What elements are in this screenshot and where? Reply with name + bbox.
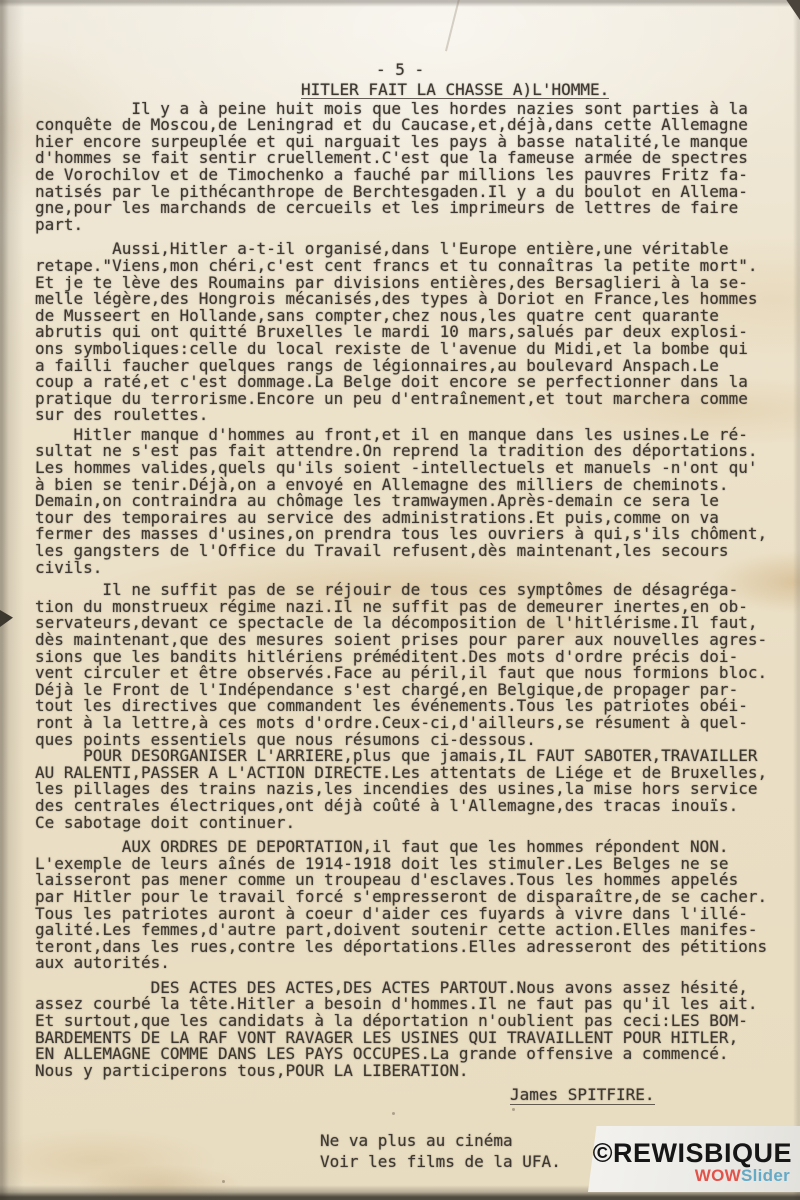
signature: James SPITFIRE. (510, 1085, 655, 1105)
typed-line: par Hitler pour le travail forcé s'empre… (35, 889, 775, 906)
typed-line: Ce sabotage doit continuer. (35, 815, 775, 832)
paragraph: Aussi,Hitler a-t-il organisé,dans l'Euro… (35, 241, 775, 424)
corner-tear (784, 0, 800, 20)
paragraph: DES ACTES DES ACTES,DES ACTES PARTOUT.No… (35, 980, 775, 1080)
watermark-brand: ©REWISBIQUE (593, 1138, 792, 1169)
typed-line: civils. (35, 560, 775, 577)
title-row: HITLER FAIT LA CHASSE A)L'HOMME. (35, 79, 775, 101)
page-number: - 5 - (376, 62, 775, 79)
paper-speck (222, 1180, 225, 1183)
typed-line: sur des roulettes. (35, 407, 775, 424)
typed-line: part. (35, 217, 775, 234)
scanned-document-page: - 5 - HITLER FAIT LA CHASSE A)L'HOMME. I… (0, 0, 800, 1200)
watermark-slider-rest: Slider (741, 1166, 790, 1185)
signature-line: James SPITFIRE. (35, 1087, 775, 1104)
typed-line: Nous y participerons tous,POUR LA LIBERA… (35, 1063, 775, 1080)
typed-line: les gangsters de l'Office du Travail ref… (35, 543, 775, 560)
typed-line: aux autorités. (35, 955, 775, 972)
watermark-wow: WOW (695, 1166, 741, 1185)
paragraph: Il ne suffit pas de se réjouir de tous c… (35, 582, 775, 748)
document-body: Il y a à peine huit mois que les hordes … (35, 101, 775, 1080)
watermark-slider: WOWSlider (695, 1166, 790, 1186)
edge-tear (0, 610, 13, 627)
paragraph: POUR DESORGANISER L'ARRIERE,plus que jam… (35, 748, 775, 831)
paragraph: Hitler manque d'hommes au front,et il en… (35, 427, 775, 576)
document-title: HITLER FAIT LA CHASSE A)L'HOMME. (301, 82, 609, 100)
typed-line: ons symboliques:celle du local rexiste d… (35, 341, 775, 358)
typed-content: - 5 - HITLER FAIT LA CHASSE A)L'HOMME. I… (35, 62, 775, 1172)
paragraph: Il y a à peine huit mois que les hordes … (35, 101, 775, 234)
paper-crease (445, 0, 461, 51)
typed-line: gne,pour les marchands de cercueils et l… (35, 200, 775, 217)
paragraph: AUX ORDRES DE DEPORTATION,il faut que le… (35, 839, 775, 972)
